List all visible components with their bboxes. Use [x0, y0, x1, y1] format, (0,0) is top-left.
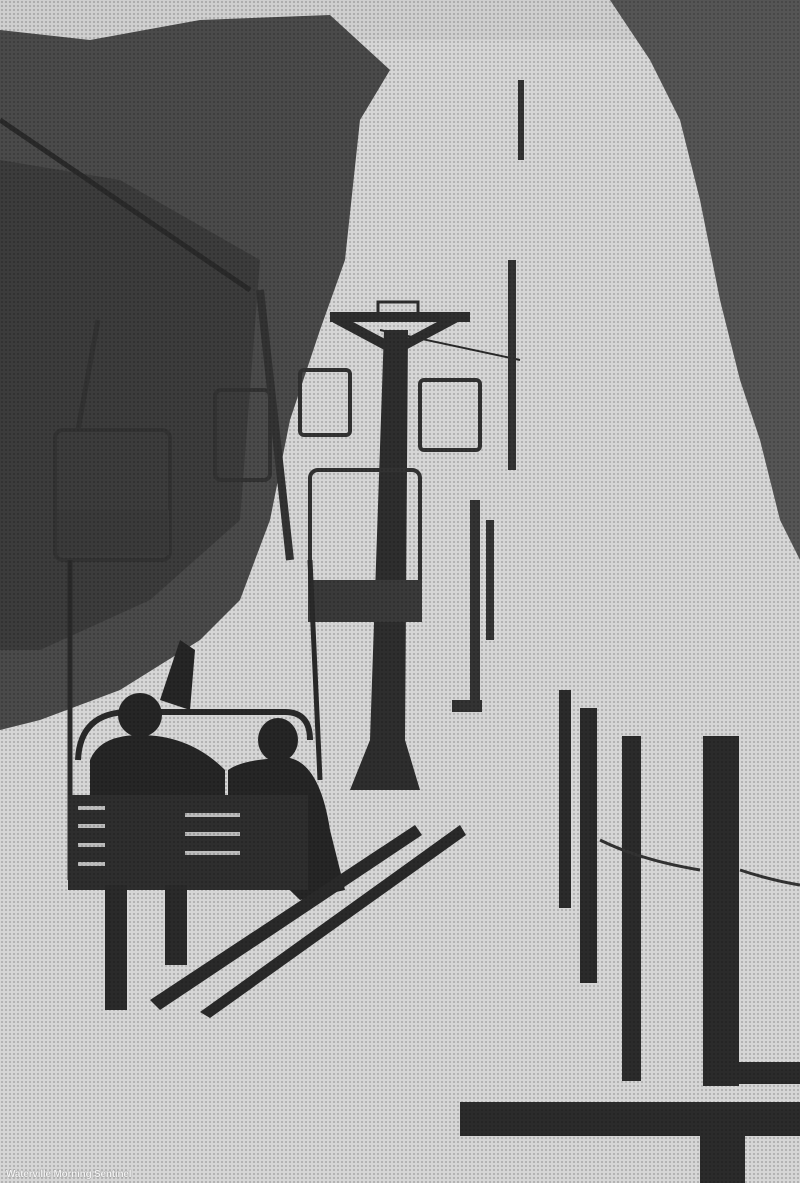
newspaper-photo: Waterville Morning Sentinel [0, 0, 800, 1183]
photo-credit: Waterville Morning Sentinel [6, 1169, 131, 1180]
chairlift-scene [0, 0, 800, 1183]
